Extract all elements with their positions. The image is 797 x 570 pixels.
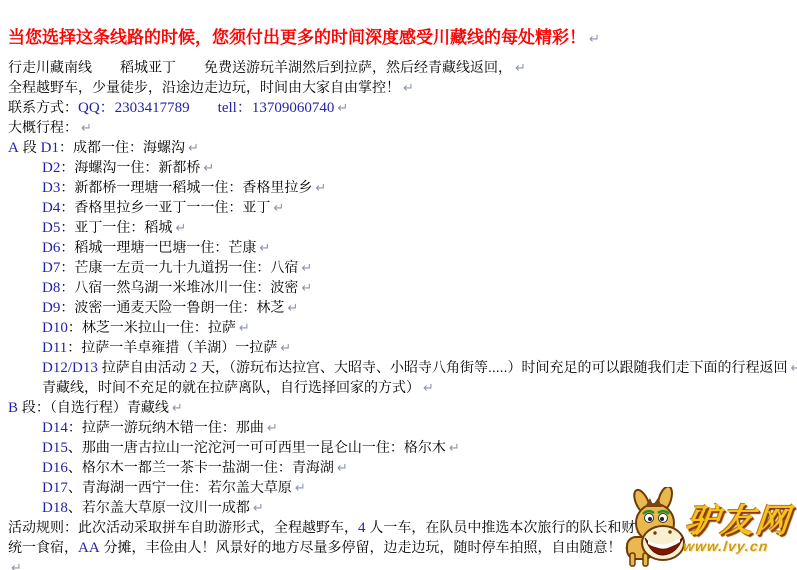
day-route: 青藏线，时间不充足的就在拉萨离队，自行选择回家的方式） bbox=[42, 379, 420, 395]
document-headline: 当您选择这条线路的时候，您须付出更多的时间深度感受川藏线的每处精彩！↵ bbox=[8, 27, 797, 51]
itinerary-day-d7: D7：芒康一左贡一九十九道拐一住：八宿↵ bbox=[8, 257, 797, 277]
contact-line: 联系方式：QQ：2303417789 tell：13709060740↵ bbox=[8, 97, 797, 117]
rules-text: 活动规则：此次活动采取拼车自助游形式，全程越野车， bbox=[8, 519, 358, 535]
itinerary-day-d9: D9：波密一通麦天险一鲁朗一住：林芝↵ bbox=[8, 297, 797, 317]
itinerary-day-d8: D8：八宿一然乌湖一米堆冰川一住：波密↵ bbox=[8, 277, 797, 297]
day-code: D4 bbox=[42, 200, 60, 216]
day-route: ：亚丁一住：稻城 bbox=[60, 219, 172, 235]
day-code: D12/D13 bbox=[42, 360, 98, 376]
day-route: 、若尔盖大草原一汶川一成都 bbox=[68, 499, 250, 515]
logo-text-block: 驴友网 www.lvy.cn bbox=[682, 504, 792, 554]
day-route: ：芒康一左贡一九十九道拐一住：八宿 bbox=[60, 259, 298, 275]
rules-aa: AA bbox=[78, 540, 100, 556]
schedule-heading: 大概行程：↵ bbox=[8, 117, 797, 137]
day-route: ：波密一通麦天险一鲁朗一住：林芝 bbox=[60, 299, 284, 315]
paragraph-mark-icon: ↵ bbox=[403, 81, 414, 96]
day-code: D8 bbox=[42, 280, 60, 296]
site-name: 驴友网 bbox=[684, 504, 793, 538]
itinerary-day-d16: D16、格尔木一都兰一茶卡一盐湖一住：青海湖↵ bbox=[8, 457, 797, 477]
intro-text: 行走川藏南线 稻城亚丁 免费送游玩羊湖然后到拉萨，然后经青藏线返回， bbox=[8, 59, 512, 75]
rules-text: 人一车，在队员中推选本次旅行的队长和财务 bbox=[366, 519, 650, 535]
contact-label: 联系方式： bbox=[8, 99, 78, 115]
schedule-heading-text: 大概行程： bbox=[8, 119, 78, 135]
rules-text: 分摊，丰俭由人！风景好的地方尽量多停留，边走边玩，随时停车拍照，自由随意！ bbox=[100, 539, 622, 555]
day-code: D5 bbox=[42, 220, 60, 236]
section-b-label: B bbox=[8, 400, 18, 416]
phone-number: tell：13709060740 bbox=[218, 100, 335, 116]
day-route: 、格尔木一都兰一茶卡一盐湖一住：青海湖 bbox=[68, 459, 334, 475]
paragraph-mark-icon: ↵ bbox=[259, 241, 270, 256]
intro-line-1: 行走川藏南线 稻城亚丁 免费送游玩羊湖然后到拉萨，然后经青藏线返回，↵ bbox=[8, 57, 797, 77]
document-page: 当您选择这条线路的时候，您须付出更多的时间深度感受川藏线的每处精彩！↵ 行走川藏… bbox=[0, 0, 797, 570]
paragraph-mark-icon: ↵ bbox=[239, 321, 250, 336]
day-code: D10 bbox=[42, 320, 68, 336]
paragraph-mark-icon: ↵ bbox=[11, 561, 22, 570]
day-route: ：香格里拉乡一亚丁一一住：亚丁 bbox=[60, 199, 270, 215]
paragraph-mark-icon: ↵ bbox=[515, 61, 526, 76]
paragraph-mark-icon: ↵ bbox=[267, 421, 278, 436]
paragraph-mark-icon: ↵ bbox=[172, 401, 183, 416]
intro-line-2: 全程越野车，少量徒步，沿途边走边玩，时间由大家自由掌控！↵ bbox=[8, 77, 797, 97]
paragraph-mark-icon: ↵ bbox=[790, 361, 797, 376]
day-route: ：拉萨一游玩纳木错一住：那曲 bbox=[68, 419, 264, 435]
day-code: D6 bbox=[42, 240, 60, 256]
paragraph-mark-icon: ↵ bbox=[301, 261, 312, 276]
itinerary-day-d3: D3：新都桥一理塘一稻城一住：香格里拉乡↵ bbox=[8, 177, 797, 197]
paragraph-mark-icon: ↵ bbox=[81, 121, 92, 136]
lvyou-watermark-logo: 驴友网 www.lvy.cn bbox=[623, 488, 795, 570]
day-route: ：八宿一然乌湖一米堆冰川一住：波密 bbox=[60, 279, 298, 295]
paragraph-mark-icon: ↵ bbox=[287, 301, 298, 316]
day-code: D14 bbox=[42, 420, 68, 436]
day-route: ：稻城一理塘一巴塘一住：芒康 bbox=[60, 239, 256, 255]
paragraph-mark-icon: ↵ bbox=[589, 32, 600, 47]
day-route: ：海螺沟一住：新都桥 bbox=[60, 159, 200, 175]
day-route: 天，（游玩布达拉宫、大昭寺、小昭寺八角街等.....）时间充足的可以跟随我们走下… bbox=[197, 359, 787, 375]
intro-text: 全程越野车，少量徒步，沿途边走边玩，时间由大家自由掌控！ bbox=[8, 79, 400, 95]
day-code: D15 bbox=[42, 440, 68, 456]
paragraph-mark-icon: ↵ bbox=[315, 181, 326, 196]
itinerary-day-d15: D15、那曲一唐古拉山一沱沱河一可可西里一昆仑山一住：格尔木↵ bbox=[8, 437, 797, 457]
section-b-label-rest: 段：（自选行程）青藏线 bbox=[18, 399, 169, 415]
rules-text: 统一食宿， bbox=[8, 539, 78, 555]
paragraph-mark-icon: ↵ bbox=[175, 221, 186, 236]
headline-text: 当您选择这条线路的时候，您须付出更多的时间深度感受川藏线的每处精彩！ bbox=[8, 28, 586, 47]
itinerary-day-d2: D2：海螺沟一住：新都桥↵ bbox=[8, 157, 797, 177]
paragraph-mark-icon: ↵ bbox=[253, 501, 264, 516]
itinerary-day-d12-d13: D12/D13 拉萨自由活动 2 天，（游玩布达拉宫、大昭寺、小昭寺八角街等..… bbox=[8, 357, 797, 377]
paragraph-mark-icon: ↵ bbox=[203, 161, 214, 176]
rules-number: 4 bbox=[358, 520, 366, 536]
paragraph-mark-icon: ↵ bbox=[273, 201, 284, 216]
paragraph-mark-icon: ↵ bbox=[188, 141, 199, 156]
day-code: D18 bbox=[42, 500, 68, 516]
section-a-label: A bbox=[8, 140, 19, 156]
paragraph-mark-icon: ↵ bbox=[295, 481, 306, 496]
itinerary-day-d14: D14：拉萨一游玩纳木错一住：那曲↵ bbox=[8, 417, 797, 437]
donkey-mascot-icon bbox=[623, 487, 689, 570]
qq-number: QQ：2303417789 bbox=[78, 100, 190, 116]
day-route: 拉萨自由活动 bbox=[98, 359, 190, 375]
day-code: D3 bbox=[42, 180, 60, 196]
day-code: D7 bbox=[42, 260, 60, 276]
day-code: D2 bbox=[42, 160, 60, 176]
itinerary-day-d11: D11：拉萨一羊卓雍措（羊湖）一拉萨↵ bbox=[8, 337, 797, 357]
day-code: D1 bbox=[41, 140, 59, 156]
paragraph-mark-icon: ↵ bbox=[449, 441, 460, 456]
day-number: 2 bbox=[190, 360, 198, 376]
paragraph-mark-icon: ↵ bbox=[423, 381, 434, 396]
day-route: ：拉萨一羊卓雍措（羊湖）一拉萨 bbox=[67, 339, 277, 355]
day-code: D17 bbox=[42, 480, 68, 496]
section-a-label-rest: 段 bbox=[19, 139, 41, 155]
section-b-heading: B 段：（自选行程）青藏线↵ bbox=[8, 397, 797, 417]
day-code: D16 bbox=[42, 460, 68, 476]
itinerary-day-d5: D5：亚丁一住：稻城↵ bbox=[8, 217, 797, 237]
itinerary-day-d10: D10：林芝一米拉山一住：拉萨↵ bbox=[8, 317, 797, 337]
paragraph-mark-icon: ↵ bbox=[337, 461, 348, 476]
day-route: ：成都一住：海螺沟 bbox=[59, 139, 185, 155]
contact-gap bbox=[190, 99, 218, 115]
paragraph-mark-icon: ↵ bbox=[301, 281, 312, 296]
day-route: ：林芝一米拉山一住：拉萨 bbox=[68, 319, 236, 335]
day-code: D11 bbox=[42, 340, 67, 356]
itinerary-day-d1: A 段 D1：成都一住：海螺沟↵ bbox=[8, 137, 797, 157]
site-url: www.lvy.cn bbox=[682, 538, 769, 554]
day-code: D9 bbox=[42, 300, 60, 316]
paragraph-mark-icon: ↵ bbox=[280, 341, 291, 356]
itinerary-day-d12-continuation: 青藏线，时间不充足的就在拉萨离队，自行选择回家的方式）↵ bbox=[8, 377, 797, 397]
day-route: 、那曲一唐古拉山一沱沱河一可可西里一昆仑山一住：格尔木 bbox=[68, 439, 446, 455]
itinerary-day-d6: D6：稻城一理塘一巴塘一住：芒康↵ bbox=[8, 237, 797, 257]
paragraph-mark-icon: ↵ bbox=[337, 101, 348, 116]
day-route: 、青海湖一西宁一住：若尔盖大草原 bbox=[68, 479, 292, 495]
day-route: ：新都桥一理塘一稻城一住：香格里拉乡 bbox=[60, 179, 312, 195]
itinerary-day-d4: D4：香格里拉乡一亚丁一一住：亚丁↵ bbox=[8, 197, 797, 217]
